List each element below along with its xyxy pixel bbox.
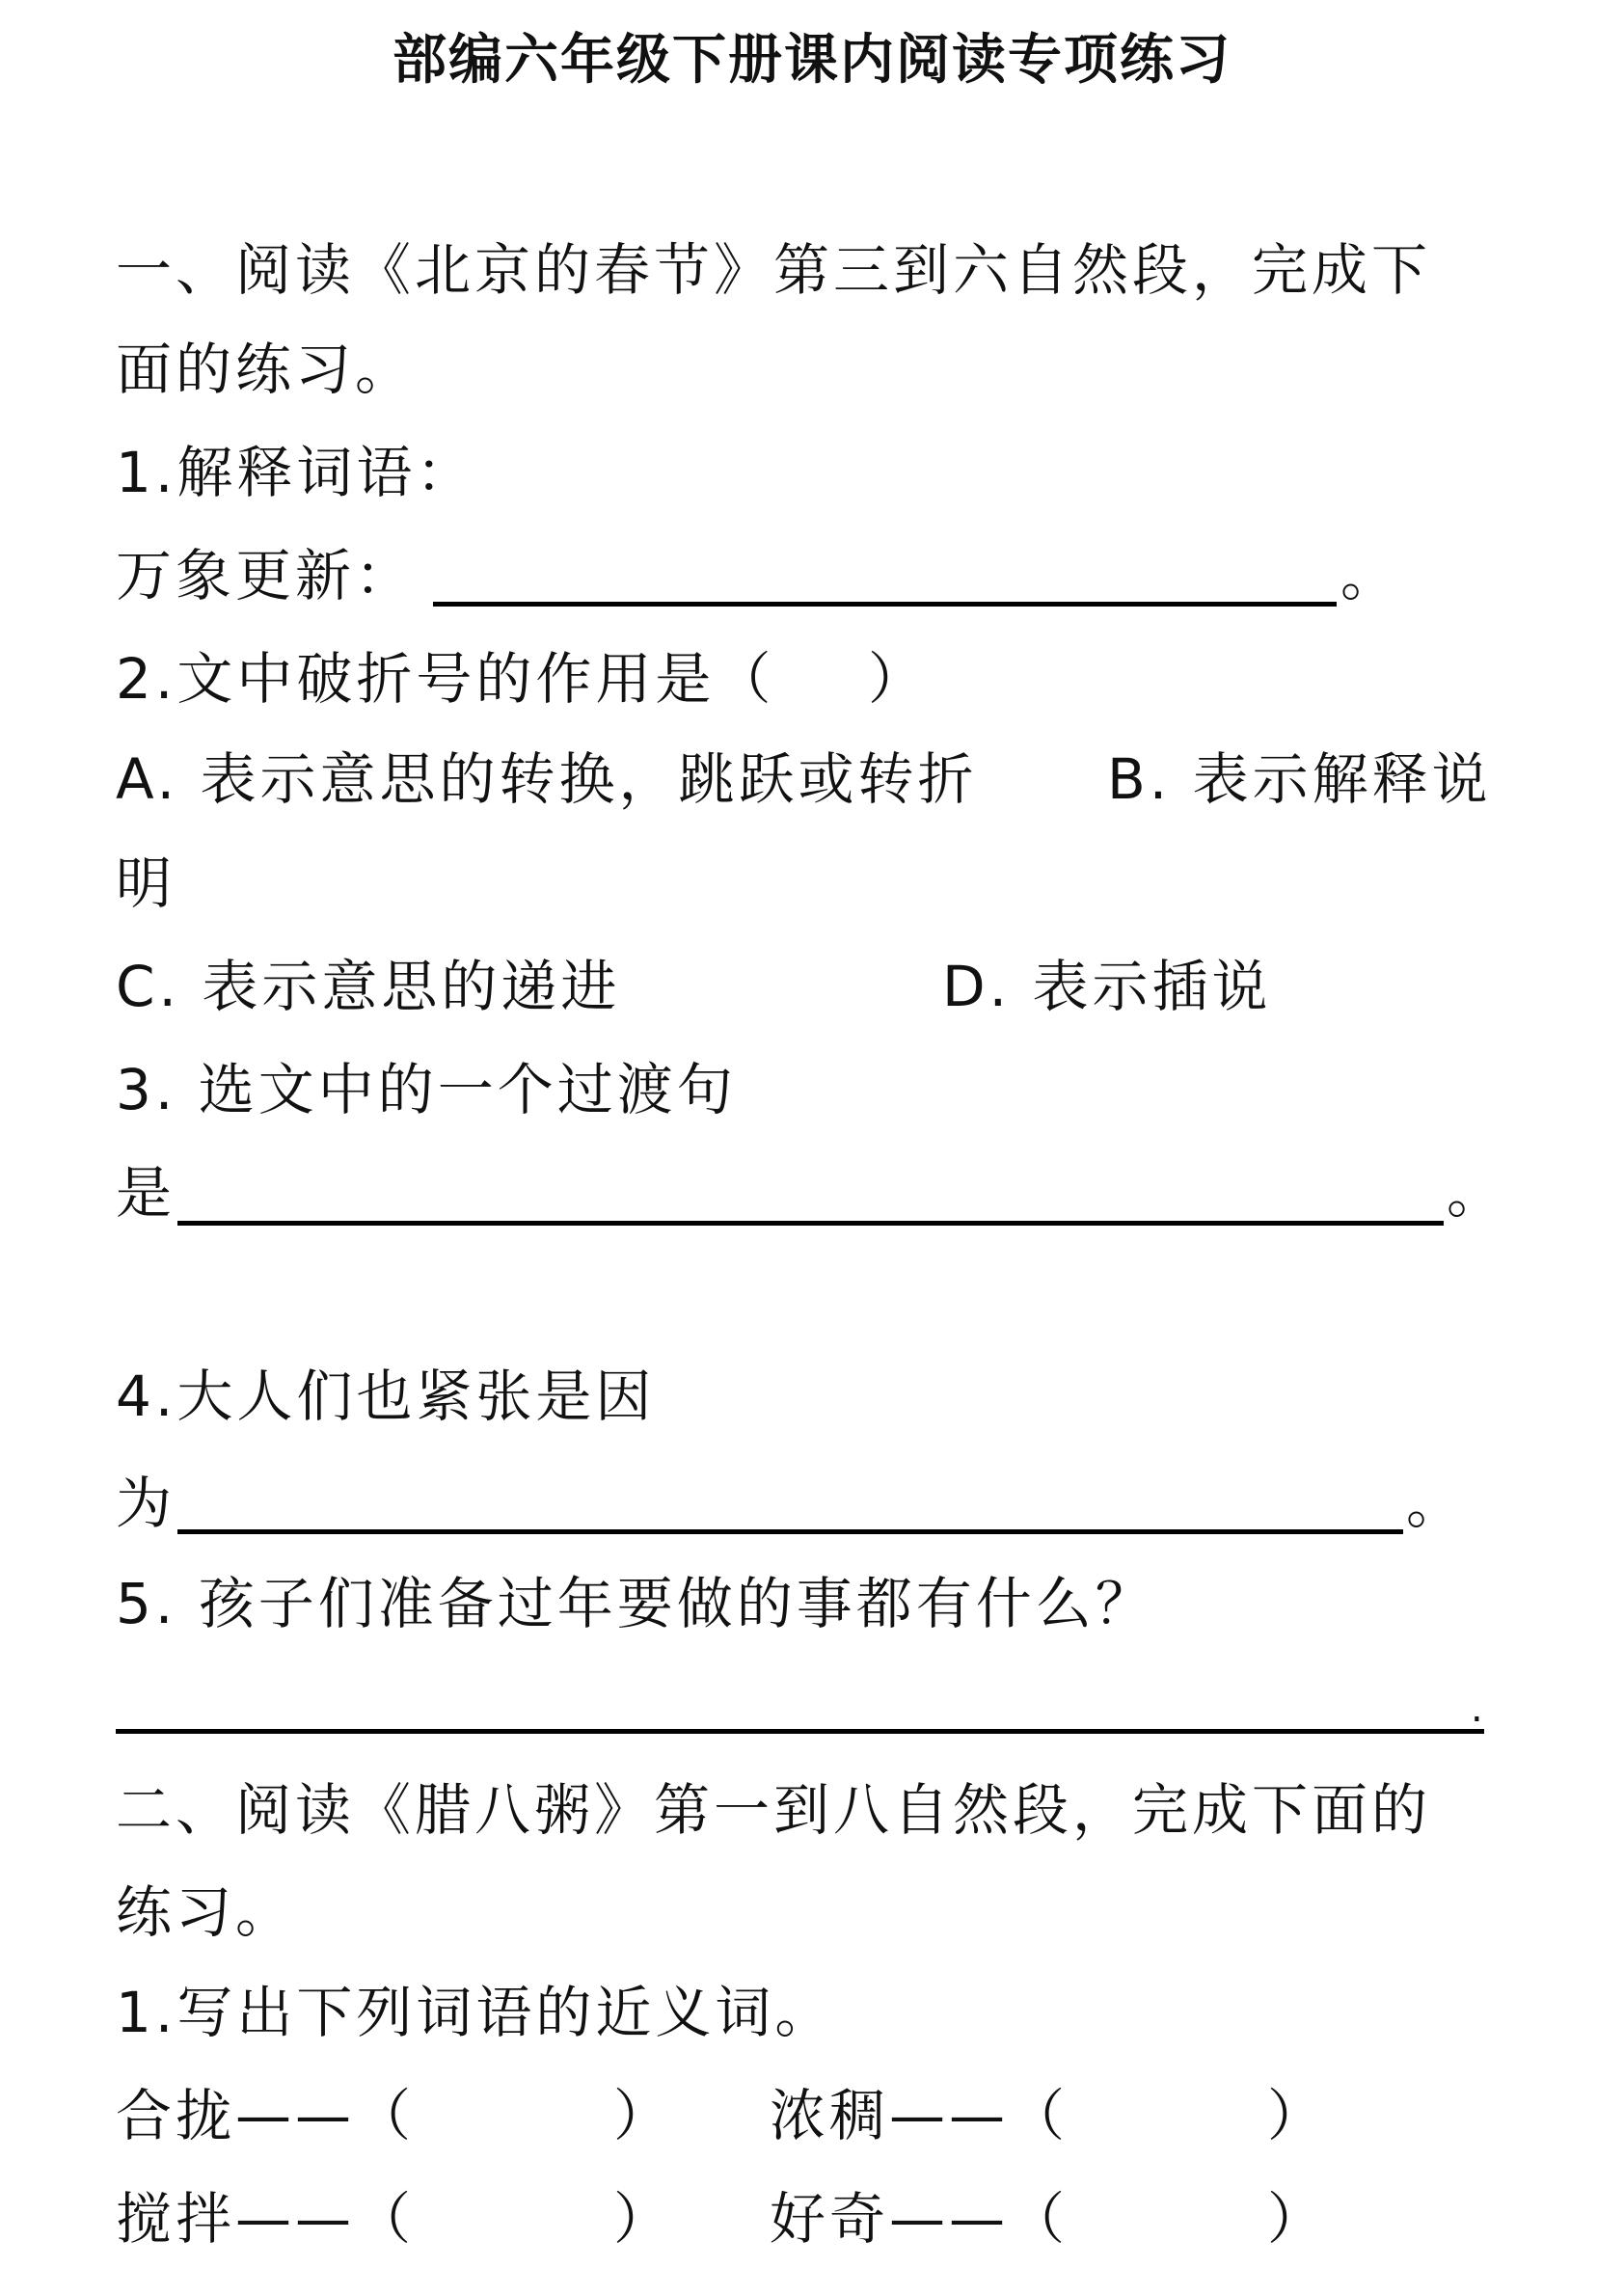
s1-q2-label: 2.文中破折号的作用是（ (116, 644, 774, 714)
s1-q2-option-a: A. 表示意思的转换，跳跃或转折 (116, 744, 978, 814)
s1-q1-label: 1.解释词语： (116, 438, 475, 507)
section2-heading-line2: 练习。 (116, 1877, 295, 1947)
s1-q5-label: 5. 孩子们准备过年要做的事都有什么？ (116, 1569, 1155, 1638)
s1-q2-close-paren: ） (868, 644, 928, 714)
s1-q2-option-b: B. 表示解释说 (1107, 744, 1492, 814)
pair-2-answer-slot[interactable] (1105, 2081, 1259, 2150)
s2-q1-pair-1: 合拢——（ (116, 2081, 415, 2150)
pair-2-close: ） (1267, 2081, 1327, 2150)
pair-3-close: ） (613, 2184, 673, 2254)
section1-heading-line2: 面的练习。 (116, 335, 415, 404)
s2-q1-label: 1.写出下列词语的近义词。 (116, 1978, 834, 2047)
pair-4-close: ） (1267, 2184, 1327, 2254)
s1-q1-period: 。 (1340, 541, 1400, 610)
s1-q2-option-b-cont: 明 (116, 849, 176, 918)
s1-q5-period: . (1471, 1674, 1487, 1743)
s1-q3-answer-blank[interactable] (177, 1221, 1444, 1226)
pair-1-answer-slot[interactable] (451, 2081, 606, 2150)
s1-q4-prefix: 为 (116, 1469, 176, 1538)
pair-3-answer-slot[interactable] (451, 2184, 606, 2254)
s1-q5-answer-blank[interactable] (116, 1729, 1484, 1734)
s1-q2-option-c: C. 表示意思的递进 (116, 952, 620, 1021)
page-title: 部编六年级下册课内阅读专项练习 (0, 27, 1624, 94)
pair-1-close: ） (613, 2081, 673, 2150)
s1-q3-label: 3. 选文中的一个过渡句 (116, 1055, 737, 1124)
s2-q1-pair-2: 浓稠——（ (770, 2081, 1069, 2150)
s1-q4-period: 。 (1406, 1469, 1466, 1538)
pair-word: 搅拌——（ (116, 2186, 415, 2252)
s1-q1-term: 万象更新： (116, 541, 415, 610)
section1-heading-line1: 一、阅读《北京的春节》第三到六自然段，完成下 (116, 235, 1431, 305)
pair-word: 合拢——（ (116, 2083, 415, 2148)
s1-q4-answer-blank[interactable] (177, 1529, 1403, 1534)
s2-q1-pair-4: 好奇——（ (770, 2184, 1069, 2254)
s1-q1-answer-blank[interactable] (433, 602, 1337, 607)
s1-q3-period: 。 (1447, 1158, 1506, 1228)
s1-q2-answer-slot[interactable] (791, 644, 858, 714)
s2-q1-pair-3: 搅拌——（ (116, 2184, 415, 2254)
s1-q3-prefix: 是 (116, 1158, 176, 1228)
pair-4-answer-slot[interactable] (1105, 2184, 1259, 2254)
s1-q4-label: 4.大人们也紧张是因 (116, 1362, 655, 1431)
s1-q2-option-d: D. 表示插说 (942, 952, 1272, 1021)
section2-heading-line1: 二、阅读《腊八粥》第一到八自然段，完成下面的 (116, 1775, 1431, 1845)
